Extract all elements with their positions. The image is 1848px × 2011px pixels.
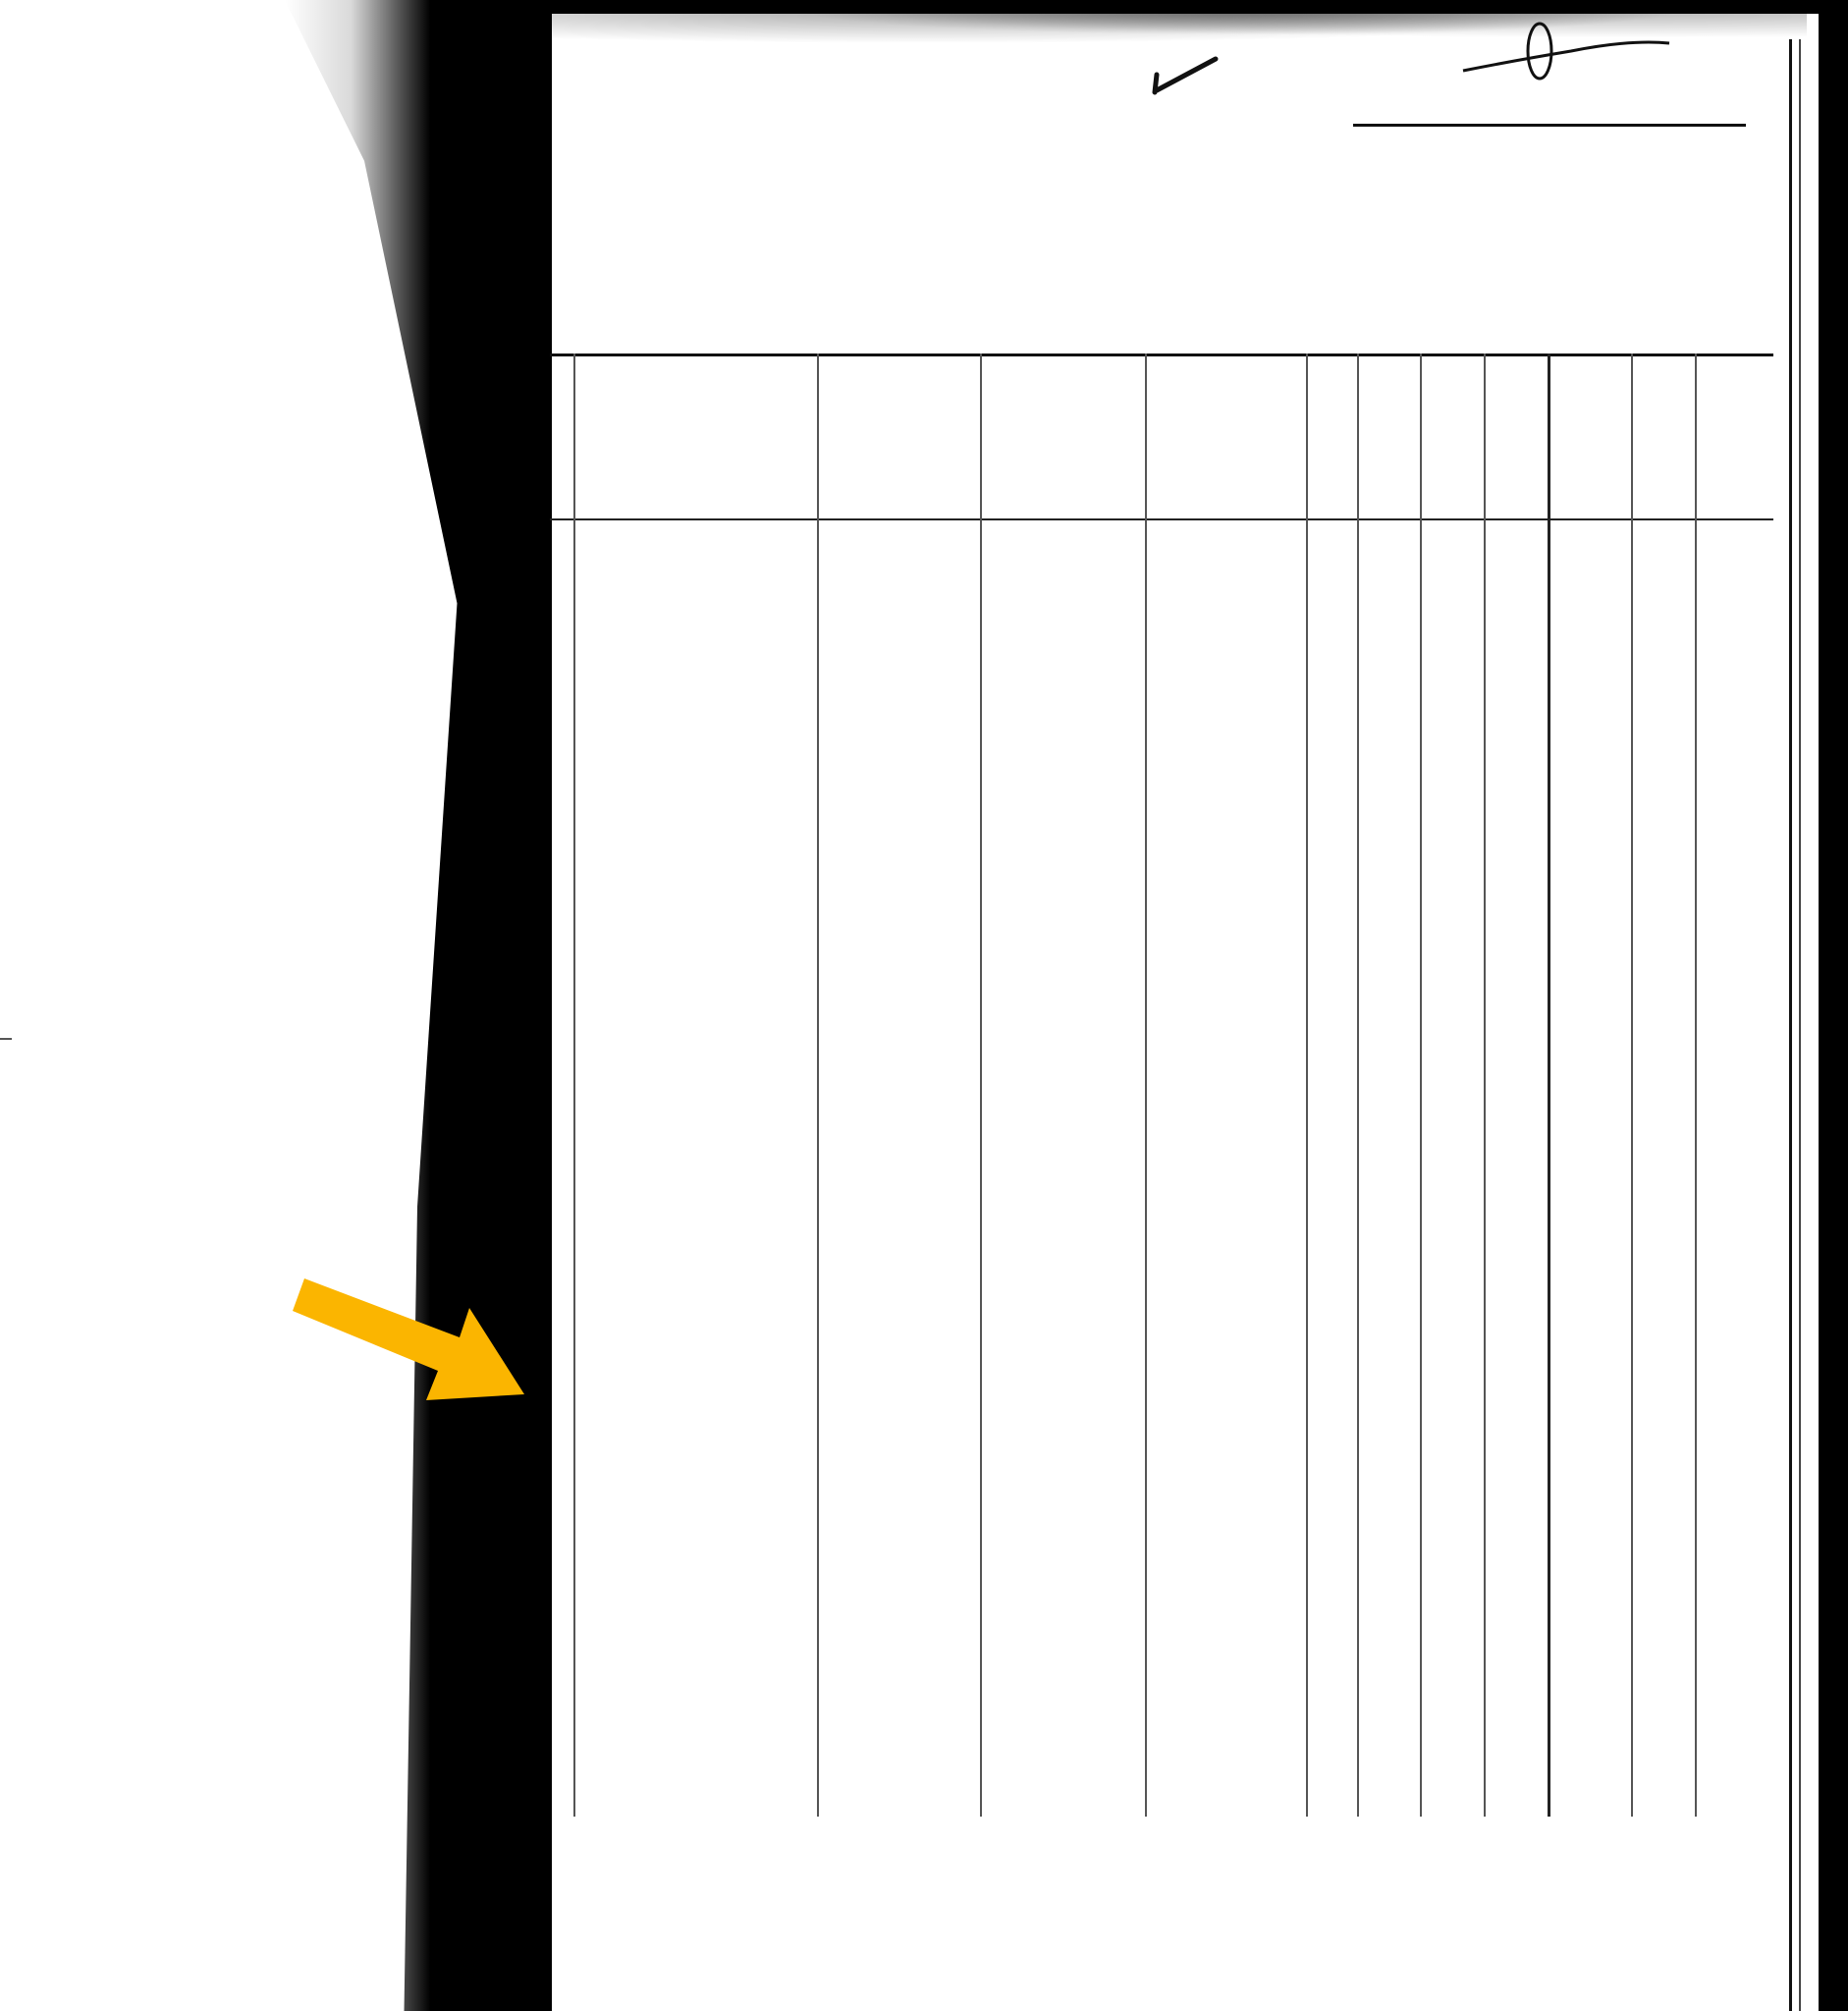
col-divider (817, 353, 819, 1817)
checkmark-icon (1151, 53, 1220, 96)
zero-annotation-icon (1453, 22, 1679, 81)
page-binding-shadow (285, 0, 550, 2011)
page-right-edge (1819, 0, 1848, 2011)
col-divider (980, 353, 982, 1817)
col-divider (573, 353, 575, 1817)
manifest-page (550, 14, 1789, 2011)
date-underline (1353, 124, 1746, 127)
page-right-border (1789, 39, 1801, 2011)
col-divider (1306, 353, 1308, 1817)
passenger-table (550, 353, 1789, 1817)
recap-divider (1548, 353, 1550, 1817)
table-header-rule (550, 518, 1773, 520)
page-left-edge (528, 0, 552, 2011)
col-divider (1484, 353, 1486, 1817)
col-divider (1145, 353, 1147, 1817)
col-divider (1631, 353, 1633, 1817)
col-divider (1695, 353, 1697, 1817)
col-divider (1420, 353, 1422, 1817)
highlight-arrow-icon (293, 1278, 524, 1400)
col-divider (1357, 353, 1359, 1817)
margin-mark (0, 1038, 12, 1040)
table-top-rule (550, 353, 1773, 356)
